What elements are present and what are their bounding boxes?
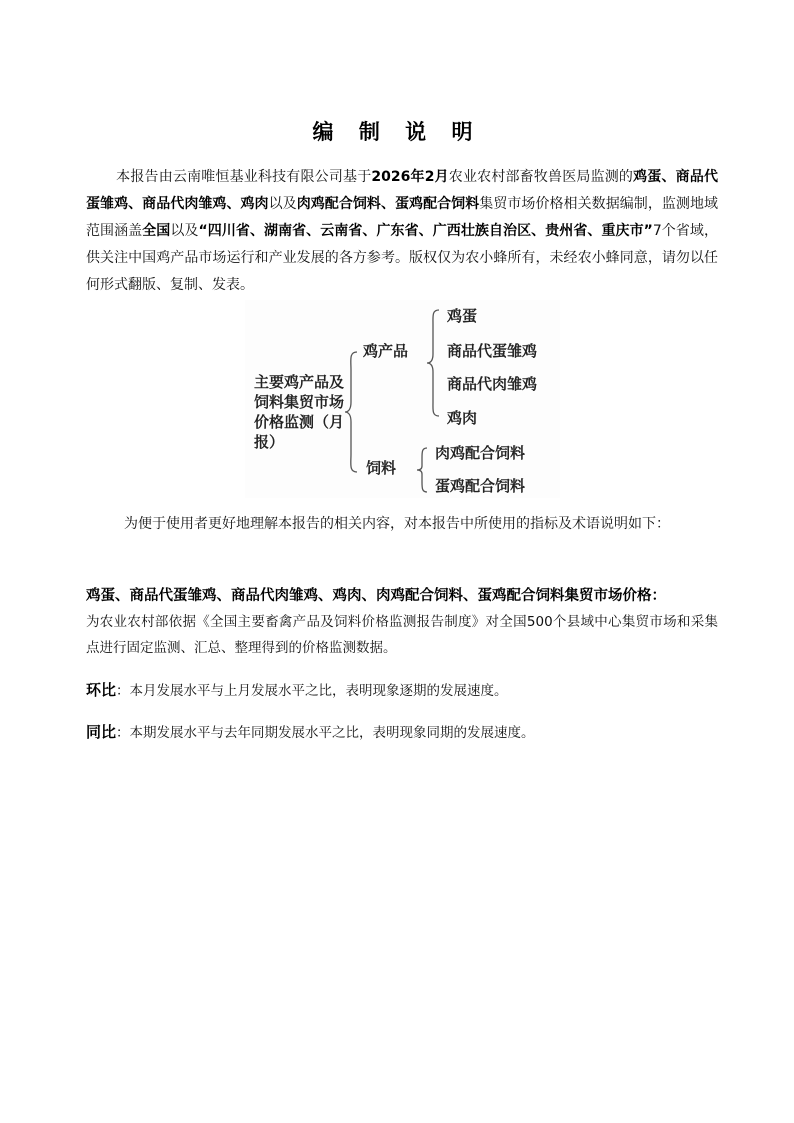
definition-separator: ：	[116, 683, 130, 699]
definition-yoy: 同比：本期发展水平与去年同期发展水平之比，表明现象同期的发展速度。	[86, 721, 718, 744]
diagram-leaf-layer-chicks: 商品代蛋雏鸡	[447, 340, 537, 361]
diagram-leaf-chicken-meat: 鸡肉	[447, 407, 477, 428]
definition-text: 本月发展水平与上月发展水平之比，表明现象逐期的发展速度。	[130, 683, 508, 699]
intro-paragraph: 本报告由云南唯恒基业科技有限公司基于2026年2月农业农村部畜牧兽医局监测的鸡蛋…	[86, 164, 718, 299]
intro-national: 全国	[142, 223, 170, 239]
diagram-leaf-eggs: 鸡蛋	[447, 305, 477, 326]
document-page: 编 制 说 明 本报告由云南唯恒基业科技有限公司基于2026年2月农业农村部畜牧…	[0, 0, 794, 1123]
page-title: 编 制 说 明	[0, 116, 794, 146]
definition-term: 同比	[86, 723, 116, 741]
explain-paragraph: 为便于使用者更好地理解本报告的相关内容，对本报告中所使用的指标及术语说明如下：	[86, 511, 718, 538]
diagram-leaf-broiler-chicks: 商品代肉雏鸡	[447, 373, 537, 394]
intro-text-4: 以及	[269, 196, 297, 212]
definition-separator: ：	[116, 725, 130, 741]
brace-icon	[415, 446, 429, 494]
definition-mom: 环比：本月发展水平与上月发展水平之比，表明现象逐期的发展速度。	[86, 679, 718, 702]
diagram-branch-feed: 饲料	[366, 457, 396, 478]
brace-icon	[343, 350, 359, 474]
definition-text: 为农业农村部依据《全国主要畜禽产品及饲料价格监测报告制度》对全国500个县域中心…	[86, 609, 718, 661]
diagram-leaf-layer-feed: 蛋鸡配合饲料	[435, 475, 525, 496]
intro-text-2: 农业农村部畜牧兽医局监测的	[449, 169, 633, 185]
definition-text: 本期发展水平与去年同期发展水平之比，表明现象同期的发展速度。	[130, 725, 535, 741]
diagram-branch-chicken-products: 鸡产品	[363, 340, 408, 361]
intro-provinces: “四川省、湖南省、云南省、广东省、广西壮族自治区、贵州省、重庆市”	[199, 223, 653, 239]
definition-market-price: 鸡蛋、商品代蛋雏鸡、商品代肉雏鸡、鸡肉、肉鸡配合饲料、蛋鸡配合饲料集贸市场价格：…	[86, 583, 718, 661]
intro-date: 2026年2月	[371, 169, 448, 185]
diagram-root: 主要鸡产品及饲料集贸市场价格监测（月报）	[254, 372, 346, 452]
intro-text-8: 以及	[170, 223, 198, 239]
definition-term: 鸡蛋、商品代蛋雏鸡、商品代肉雏鸡、鸡肉、肉鸡配合饲料、蛋鸡配合饲料集贸市场价格：	[86, 583, 718, 609]
intro-feeds: 肉鸡配合饲料、蛋鸡配合饲料	[297, 196, 480, 212]
intro-text-0: 本报告由云南唯恒基业科技有限公司基于	[116, 169, 371, 185]
brace-icon	[425, 308, 441, 418]
monitoring-scope-diagram: 主要鸡产品及饲料集贸市场价格监测（月报） 鸡产品 饲料 鸡蛋 商品代蛋雏鸡 商品…	[245, 300, 560, 498]
explain-text: 为便于使用者更好地理解本报告的相关内容，对本报告中所使用的指标及术语说明如下：	[124, 516, 670, 532]
diagram-leaf-broiler-feed: 肉鸡配合饲料	[435, 442, 525, 463]
definition-term: 环比	[86, 681, 116, 699]
